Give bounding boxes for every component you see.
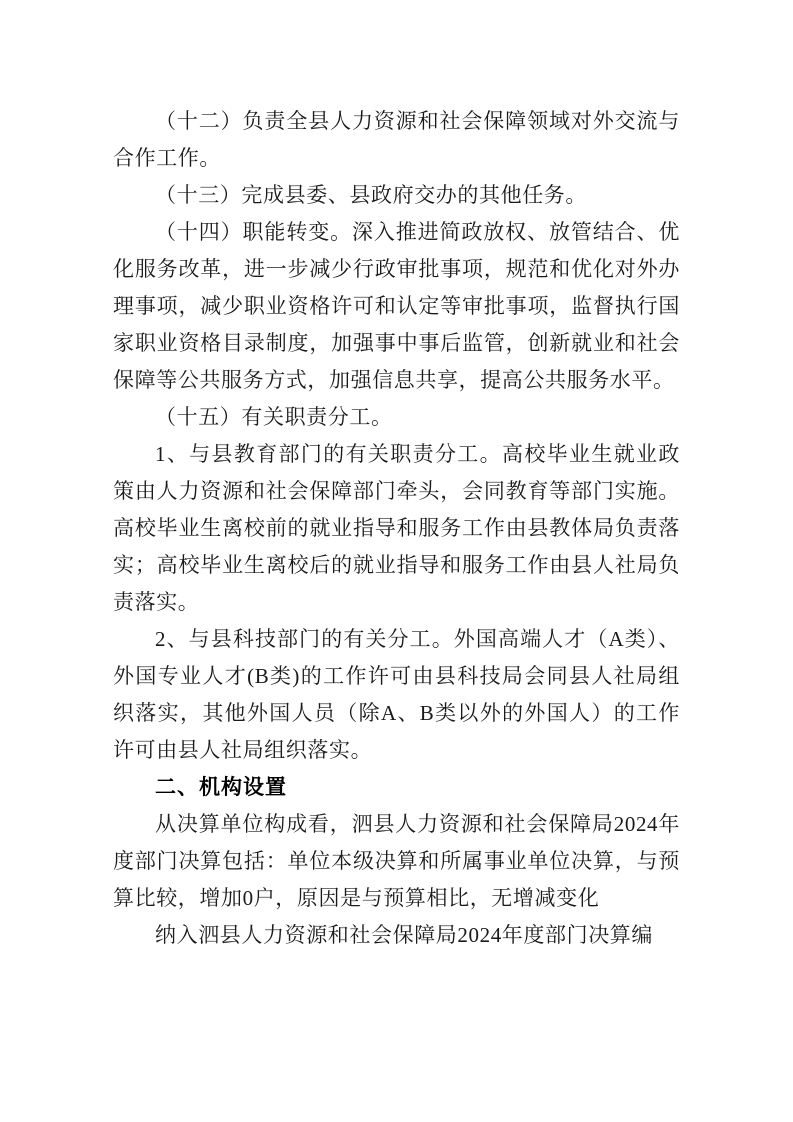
paragraph-education-division: 1、与县教育部门的有关职责分工。高校毕业生就业政策由人力资源和社会保障部门牵头，… (113, 436, 680, 621)
document-page: （十二）负责全县人力资源和社会保障领域对外交流与合作工作。 （十三）完成县委、县… (0, 0, 793, 1122)
paragraph-included-units: 纳入泗县人力资源和社会保障局2024年度部门决算编 (113, 917, 680, 954)
document-content: （十二）负责全县人力资源和社会保障领域对外交流与合作工作。 （十三）完成县委、县… (113, 103, 680, 954)
paragraph-item-15: （十五）有关职责分工。 (113, 399, 680, 436)
paragraph-item-14: （十四）职能转变。深入推进简政放权、放管结合、优化服务改革，进一步减少行政审批事… (113, 214, 680, 399)
paragraph-budget-units: 从决算单位构成看，泗县人力资源和社会保障局2024年度部门决算包括：单位本级决算… (113, 806, 680, 917)
paragraph-item-13: （十三）完成县委、县政府交办的其他任务。 (113, 177, 680, 214)
paragraph-item-12: （十二）负责全县人力资源和社会保障领域对外交流与合作工作。 (113, 103, 680, 177)
paragraph-science-division: 2、与县科技部门的有关分工。外国高端人才（A类）、外国专业人才(B类)的工作许可… (113, 621, 680, 769)
section-heading-organization-setup: 二、机构设置 (113, 769, 680, 806)
